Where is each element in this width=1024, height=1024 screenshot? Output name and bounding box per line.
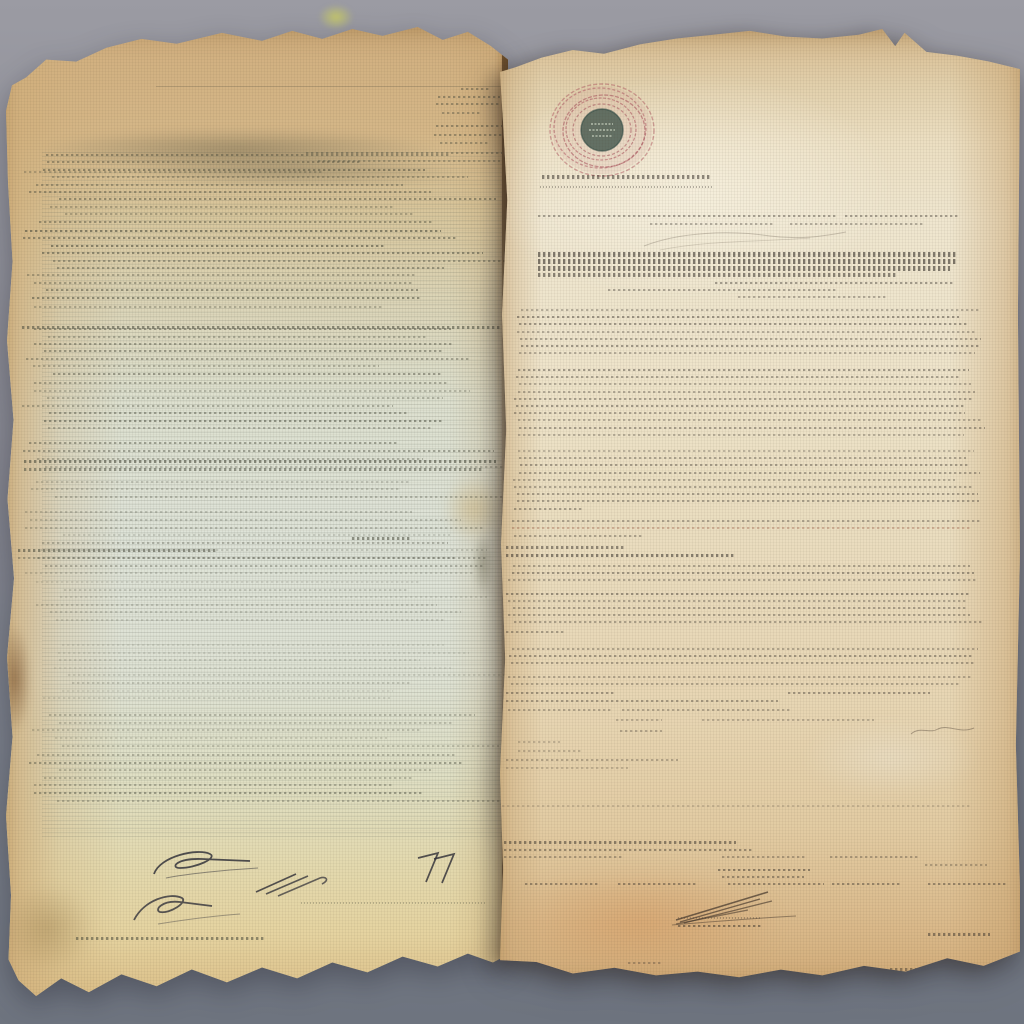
typed-line: [722, 876, 804, 878]
typed-line: [36, 581, 421, 583]
typed-line: [27, 274, 416, 276]
typed-line: [788, 692, 930, 694]
typed-line: [506, 593, 969, 595]
handwritten-signature-right: [668, 886, 803, 932]
typed-line: [56, 619, 446, 621]
typed-line: [54, 667, 451, 669]
typed-line: [62, 690, 393, 692]
typed-line: [45, 466, 507, 468]
typed-line: [34, 382, 449, 384]
typed-line: [58, 652, 469, 654]
faint-pencil-scrawl: [640, 226, 850, 252]
typed-line: [650, 223, 775, 225]
typed-line: [517, 493, 978, 495]
typed-line: [513, 565, 970, 567]
typed-line: [520, 464, 968, 466]
typed-line: [352, 537, 410, 540]
typed-line: [514, 508, 584, 510]
typed-line: [518, 391, 975, 393]
typed-line: [68, 674, 504, 676]
typed-line: [542, 175, 712, 179]
typed-line: [538, 252, 956, 257]
typed-line: [519, 457, 966, 459]
typed-line: [37, 754, 455, 756]
typed-line: [702, 719, 874, 721]
typed-line: [845, 215, 960, 217]
typed-line: [57, 267, 444, 269]
typed-line: [34, 792, 423, 794]
typed-line: [22, 405, 393, 407]
typed-line: [34, 390, 470, 392]
typed-line: [506, 759, 678, 761]
typed-line: [890, 968, 940, 971]
typed-line: [63, 534, 450, 536]
typed-line: [31, 488, 399, 490]
typed-line: [59, 659, 420, 661]
handwritten-signature-2: [128, 880, 248, 928]
typed-line: [518, 741, 560, 743]
typed-line: [511, 683, 961, 685]
typed-line: [62, 745, 499, 747]
typed-line: [60, 596, 487, 598]
typed-line: [50, 611, 461, 613]
typed-line: [34, 306, 384, 308]
typed-line: [518, 369, 969, 371]
typed-line: [508, 600, 966, 602]
typed-line: [506, 554, 734, 557]
typed-line: [514, 412, 965, 414]
typed-line: [62, 644, 444, 646]
typed-line: [52, 176, 468, 178]
typed-line: [461, 88, 489, 90]
typed-line: [156, 86, 508, 87]
smudge-stain: [472, 532, 494, 596]
typed-line: [24, 171, 324, 173]
typed-line: [508, 614, 970, 616]
smudge-stain: [442, 476, 506, 542]
typed-line: [41, 549, 487, 551]
typed-line: [436, 125, 502, 127]
typed-line: [440, 142, 490, 144]
typed-line: [53, 373, 443, 375]
typed-line: [517, 316, 959, 318]
typed-line: [506, 692, 614, 694]
typed-line: [37, 458, 423, 460]
typed-line: [514, 486, 972, 488]
typed-line: [518, 419, 982, 421]
typed-line: [438, 96, 500, 98]
typed-line: [516, 405, 965, 407]
right-document: [500, 28, 1020, 984]
typed-line: [628, 962, 662, 964]
typed-line: [64, 589, 409, 591]
typed-line: [830, 856, 920, 858]
typed-line: [508, 676, 972, 678]
typed-line: [506, 767, 628, 769]
typed-line: [925, 864, 987, 866]
typed-line: [538, 266, 950, 271]
typed-line: [718, 869, 810, 871]
typed-line: [39, 221, 433, 223]
typed-line: [37, 557, 454, 559]
typed-line: [540, 186, 712, 188]
typed-line: [519, 323, 967, 325]
typed-line: [34, 343, 454, 345]
typed-line: [55, 737, 387, 739]
typed-line: [832, 883, 902, 885]
left-document: [6, 24, 508, 1014]
typed-line: [34, 282, 412, 284]
typed-line: [928, 933, 990, 936]
typed-line: [25, 230, 441, 232]
typed-line: [622, 709, 790, 711]
typed-line: [32, 729, 420, 731]
typed-line: [29, 191, 431, 193]
typed-line: [36, 604, 437, 606]
typed-line: [29, 442, 399, 444]
typed-line: [59, 722, 453, 724]
typed-line: [715, 282, 955, 284]
typed-line: [520, 338, 981, 340]
typed-line: [65, 213, 415, 215]
faint-handwritten-note: [908, 722, 978, 740]
typed-line: [33, 365, 379, 367]
typed-line: [506, 546, 624, 549]
typed-line: [513, 479, 955, 481]
smudge-stain: [0, 884, 96, 974]
notary-seal-icon: [546, 78, 658, 182]
typed-line: [608, 289, 836, 291]
typed-line: [518, 750, 582, 752]
typed-line: [722, 856, 806, 858]
typed-line: [44, 350, 444, 352]
typed-line: [502, 805, 972, 807]
typed-line: [36, 184, 403, 186]
typed-line: [57, 800, 521, 802]
typed-line: [49, 714, 475, 716]
typed-line: [509, 655, 972, 657]
typed-line: [738, 296, 888, 298]
typed-line: [36, 481, 410, 483]
typed-line: [519, 472, 980, 474]
typed-line: [506, 631, 564, 633]
typed-line: [47, 397, 443, 399]
typed-line: [47, 161, 361, 163]
typed-line: [76, 937, 264, 940]
typed-line: [519, 352, 975, 354]
typed-line: [514, 535, 644, 537]
typed-line: [512, 520, 982, 522]
typed-line: [616, 719, 662, 721]
typed-line: [538, 273, 898, 277]
typed-line: [25, 572, 474, 574]
typed-line: [525, 883, 599, 885]
typed-line: [521, 345, 980, 347]
typed-line: [516, 376, 961, 378]
typed-line: [24, 460, 496, 463]
typed-line: [538, 215, 838, 217]
typed-line: [30, 519, 461, 521]
typed-line: [42, 542, 448, 544]
typed-line: [434, 134, 502, 136]
typed-line: [46, 289, 418, 291]
typed-line: [25, 511, 412, 513]
smudge-stain: [0, 624, 32, 734]
right-document-paper: [500, 28, 1020, 984]
typed-line: [59, 198, 496, 200]
typed-line: [512, 648, 978, 650]
typed-line: [26, 358, 469, 360]
typed-line: [513, 607, 968, 609]
typed-line: [504, 849, 752, 851]
typed-line: [514, 621, 983, 623]
typed-line: [618, 883, 698, 885]
typed-line: [928, 883, 1008, 885]
typed-line: [442, 112, 482, 114]
typed-line: [23, 237, 456, 239]
typed-line: [44, 420, 444, 422]
typed-line: [43, 697, 390, 699]
typed-line: [72, 682, 410, 684]
typed-line: [43, 169, 425, 171]
typed-line: [519, 427, 985, 429]
typed-line: [790, 223, 925, 225]
typed-line: [511, 662, 976, 664]
typed-line: [32, 297, 421, 299]
typed-line: [44, 777, 412, 779]
typed-line: [504, 841, 736, 844]
typed-line: [53, 260, 531, 262]
typed-line: [46, 154, 449, 156]
typed-line: [521, 309, 980, 311]
typed-line: [436, 103, 500, 105]
typed-line: [517, 331, 975, 333]
typed-line: [508, 579, 978, 581]
typed-line: [508, 709, 612, 711]
typed-line: [512, 572, 974, 574]
handwritten-signature-3: [252, 866, 362, 906]
typed-line: [517, 500, 979, 502]
typed-line: [49, 412, 408, 414]
typed-line: [538, 259, 956, 264]
green-stain: [318, 4, 354, 30]
typed-line: [55, 496, 505, 498]
typed-line: [34, 784, 393, 786]
typed-line: [25, 527, 484, 529]
smudge-stain: [42, 128, 434, 172]
typed-line: [620, 730, 662, 732]
typed-line: [42, 252, 483, 254]
typed-line: [48, 336, 428, 338]
typed-line: [23, 450, 494, 452]
typed-line: [519, 383, 971, 385]
handwritten-mark-77: [414, 850, 476, 888]
typed-line: [514, 398, 974, 400]
typed-line: [504, 856, 624, 858]
typed-line: [51, 245, 386, 247]
typed-line: [34, 328, 451, 330]
typed-line: [48, 427, 431, 429]
typed-line: [728, 883, 824, 885]
typed-line: [512, 527, 972, 529]
typed-line: [45, 565, 485, 567]
typed-line: [506, 700, 778, 702]
photo: Photograph of two aged, yellowed typewri…: [0, 0, 1024, 1024]
typed-line: [24, 468, 482, 471]
typed-line: [50, 206, 393, 208]
typed-line: [518, 434, 964, 436]
typed-line: [29, 762, 464, 764]
typed-line: [59, 769, 431, 771]
typed-line: [518, 450, 974, 452]
left-document-paper: [6, 24, 508, 1014]
